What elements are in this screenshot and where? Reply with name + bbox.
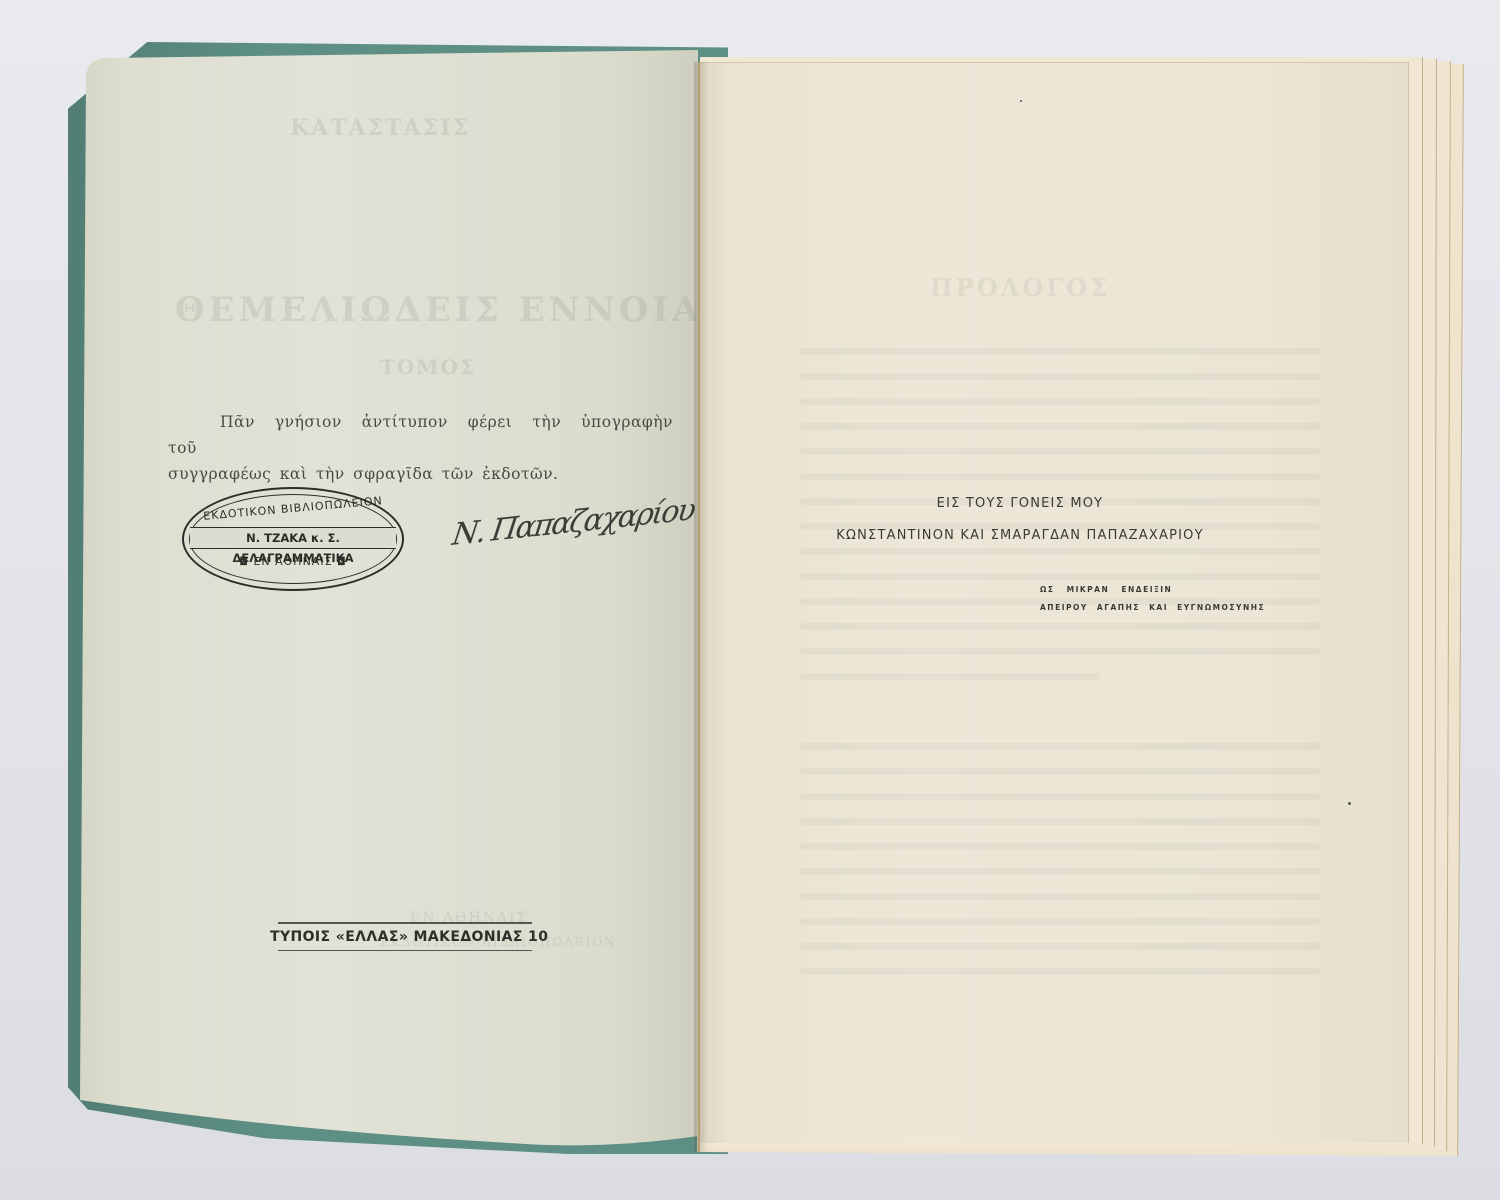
bleed-through-line — [800, 373, 1320, 380]
dedication-line-4: ΑΠΕΙΡΟΥ ΑΓΑΠΗΣ ΚΑΙ ΕΥΓΝΩΜΟΣΥΝΗΣ — [1040, 603, 1265, 612]
bleed-through-line — [800, 968, 1320, 975]
bleed-through-line — [800, 943, 1320, 950]
bleed-through-line — [800, 348, 1320, 355]
bleed-through-line — [800, 473, 1320, 480]
imprint-text: ΤΥΠΟΙΣ «ΕΛΛΑΣ» ΜΑΚΕΔΟΝΙΑΣ 10 — [270, 929, 540, 945]
bleed-through-heading: ΠΡΟΛΟΓΟΣ — [930, 273, 1110, 302]
bleed-through-line — [800, 423, 1320, 430]
dedication-line-1: ΕΙΣ ΤΟΥΣ ΓΟΝΕΙΣ ΜΟΥ — [830, 496, 1210, 511]
bleed-through-line — [800, 843, 1320, 850]
gutter-shadow — [694, 62, 708, 1152]
notice-line-1: Πᾶν γνήσιον ἀντίτυπον φέρει τὴν ὑπογραφὴ… — [168, 409, 673, 461]
imprint-rule-bottom — [278, 950, 532, 952]
bleed-through-line — [800, 793, 1320, 800]
bleed-through-line — [800, 573, 1320, 580]
publisher-stamp: ΕΚΔΟΤΙΚΟΝ ΒΙΒΛΙΟΠΩΛΕΙΟΝ Ν. ΤΖΑΚΑ κ. Σ. Δ… — [182, 487, 404, 591]
bleed-through-text: ΚΑΤΑΣΤΑΣΙΣ — [290, 115, 470, 141]
bleed-through-line — [800, 623, 1320, 630]
dedication-line-2: ΚΩΝΣΤΑΝΤΙΝΟΝ ΚΑΙ ΣΜΑΡΑΓΔΑΝ ΠΑΠΑΖΑΧΑΡΙΟΥ — [830, 528, 1210, 543]
stamp-bottom-text: ◘ ΕΝ ΑΘΗΝΑΙΣ ◘ — [184, 555, 402, 568]
bleed-through-line — [800, 918, 1320, 925]
bleed-through-line — [800, 893, 1320, 900]
book-spine-gutter — [698, 62, 700, 1152]
authenticity-notice: Πᾶν γνήσιον ἀντίτυπον φέρει τὴν ὑπογραφὴ… — [168, 409, 673, 487]
notice-line-2: συγγραφέως καὶ τὴν σφραγῖδα τῶν ἐκδοτῶν. — [168, 461, 673, 487]
paper-speck — [1348, 802, 1351, 805]
imprint-rule-top — [278, 922, 532, 924]
bleed-through-line — [800, 673, 1100, 680]
bleed-through-line — [800, 648, 1320, 655]
bleed-through-line — [800, 448, 1320, 455]
dedication-line-3: ΩΣ ΜΙΚΡΑΝ ΕΝΔΕΙΞΙΝ — [1040, 585, 1172, 594]
stamp-band-text: Ν. ΤΖΑΚΑ κ. Σ. ΔΕΛΑΓΡΑΜΜΑΤΙΚΑ — [190, 527, 396, 549]
bleed-through-line — [800, 768, 1320, 775]
bleed-through-line — [800, 743, 1320, 750]
printer-imprint: ΤΥΠΟΙΣ «ΕΛΛΑΣ» ΜΑΚΕΔΟΝΙΑΣ 10 — [270, 922, 540, 951]
bleed-through-text: ΤΟΜΟΣ — [380, 355, 476, 379]
bleed-through-line — [800, 818, 1320, 825]
bleed-through-line — [800, 548, 1320, 555]
bleed-through-line — [800, 868, 1320, 875]
bleed-through-line — [800, 398, 1320, 405]
paper-speck — [1020, 100, 1022, 102]
bleed-through-text: ΘΕΜΕΛΙΩΔΕΙΣ ΕΝΝΟΙΑΙ — [175, 290, 723, 330]
left-page: ΚΑΤΑΣΤΑΣΙΣ ΘΕΜΕΛΙΩΔΕΙΣ ΕΝΝΟΙΑΙ ΤΟΜΟΣ ΕΝ … — [80, 50, 698, 1150]
